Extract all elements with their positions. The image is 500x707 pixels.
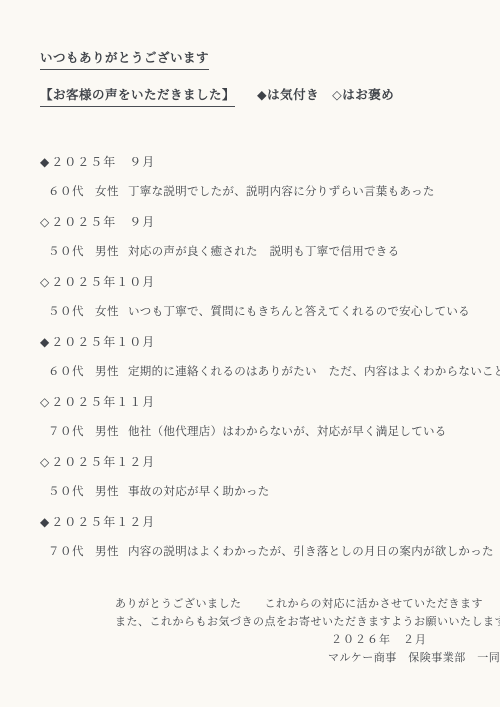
entry-age: ５０代 <box>48 486 84 498</box>
entry-comment: 内容の説明はよくわかったが、引き落としの月日の案内が欲しかった <box>128 544 494 560</box>
entry-comment-line: ６０代女性 丁寧な説明でしたが、説明内容に分りずらい言葉もあった <box>40 184 472 200</box>
entry-date-line: ◇２０２５年 ９月 <box>40 214 472 230</box>
entry-comment-line: ５０代男性 対応の声が良く癒された 説明も丁寧で信用できる <box>40 244 472 260</box>
diamond-marker-icon: ◆ <box>40 335 50 349</box>
page-title: 【お客様の声をいただきました】 <box>40 85 235 107</box>
entry-date: ２０２５年１０月 <box>51 275 155 289</box>
diamond-marker-icon: ◇ <box>40 215 50 229</box>
entry-date: ２０２５年１２月 <box>51 455 155 469</box>
signature: マルケー商事 保険事業部 一同 <box>328 649 472 667</box>
entry-comment-line: ５０代男性 事故の対応が早く助かった <box>40 484 472 500</box>
entry-age: ７０代 <box>48 426 84 438</box>
entry-gender: 男性 <box>95 366 119 378</box>
greeting-row: いつもありがとうございます <box>40 48 472 70</box>
closing-line-1: ありがとうございました これからの対応に活かさせていただきます <box>115 595 472 613</box>
closing-date: ２０２６年 ２月 <box>331 631 472 649</box>
entry-comment-line: ５０代女性 いつも丁寧で、質問にもきちんと答えてくれるので安心している <box>40 304 472 320</box>
feedback-entry: ◇２０２５年１０月 ５０代女性 いつも丁寧で、質問にもきちんと答えてくれるので安… <box>40 274 472 320</box>
closing-line-2: また、これからもお気づきの点をお寄せいただきますようお願いいたします <box>115 613 472 631</box>
entry-comment-line: ６０代男性 定期的に連絡くれるのはありがたい ただ、内容はよくわからないこともあ… <box>40 364 472 380</box>
entry-person: ６０代男性 <box>48 364 128 380</box>
feedback-entry: ◆２０２５年 ９月 ６０代女性 丁寧な説明でしたが、説明内容に分りずらい言葉もあ… <box>40 154 472 200</box>
title-row: 【お客様の声をいただきました】◆は気付き ◇はお褒め <box>40 85 472 107</box>
diamond-marker-icon: ◆ <box>40 515 50 529</box>
feedback-entry: ◇２０２５年１２月 ５０代男性 事故の対応が早く助かった <box>40 454 472 500</box>
entry-age: ７０代 <box>48 546 84 558</box>
entry-person: ７０代男性 <box>48 424 128 440</box>
feedback-entry: ◆２０２５年１２月 ７０代男性 内容の説明はよくわかったが、引き落としの月日の案… <box>40 514 472 560</box>
entry-date-line: ◆２０２５年 ９月 <box>40 154 472 170</box>
entry-comment: 他社（他代理店）はわからないが、対応が早く満足している <box>128 424 447 440</box>
entry-person: ５０代男性 <box>48 484 128 500</box>
entry-gender: 男性 <box>95 486 119 498</box>
entry-date: ２０２５年 ９月 <box>51 215 155 229</box>
entry-date-line: ◆２０２５年１０月 <box>40 334 472 350</box>
entry-gender: 男性 <box>95 246 119 258</box>
entry-date: ２０２５年１１月 <box>51 395 155 409</box>
entry-date-line: ◇２０２５年１２月 <box>40 454 472 470</box>
entry-age: ５０代 <box>48 246 84 258</box>
document-page: いつもありがとうございます 【お客様の声をいただきました】◆は気付き ◇はお褒め… <box>0 0 500 707</box>
entry-date-line: ◇２０２５年１０月 <box>40 274 472 290</box>
entry-comment: 定期的に連絡くれるのはありがたい ただ、内容はよくわからないこともある <box>128 364 500 380</box>
entry-gender: 男性 <box>95 426 119 438</box>
feedback-entry: ◇２０２５年１１月 ７０代男性 他社（他代理店）はわからないが、対応が早く満足し… <box>40 394 472 440</box>
entry-date-line: ◇２０２５年１１月 <box>40 394 472 410</box>
entry-person: ７０代男性 <box>48 544 128 560</box>
entry-person: ６０代女性 <box>48 184 128 200</box>
closing-block: ありがとうございました これからの対応に活かさせていただきます また、これからも… <box>115 595 472 667</box>
entry-comment: 対応の声が良く癒された 説明も丁寧で信用できる <box>128 244 399 260</box>
entry-comment-line: ７０代男性 内容の説明はよくわかったが、引き落としの月日の案内が欲しかった <box>40 544 472 560</box>
entry-date: ２０２５年１０月 <box>51 335 155 349</box>
diamond-marker-icon: ◇ <box>40 275 50 289</box>
entry-gender: 女性 <box>95 306 119 318</box>
legend-text: ◆は気付き ◇はお褒め <box>257 85 394 103</box>
entry-person: ５０代男性 <box>48 244 128 260</box>
diamond-marker-icon: ◇ <box>40 455 50 469</box>
entry-gender: 女性 <box>95 186 119 198</box>
entry-comment: いつも丁寧で、質問にもきちんと答えてくれるので安心している <box>128 304 470 320</box>
diamond-marker-icon: ◇ <box>40 395 50 409</box>
entry-date: ２０２５年 ９月 <box>51 155 155 169</box>
feedback-list: ◆２０２５年 ９月 ６０代女性 丁寧な説明でしたが、説明内容に分りずらい言葉もあ… <box>40 154 472 560</box>
feedback-entry: ◆２０２５年１０月 ６０代男性 定期的に連絡くれるのはありがたい ただ、内容はよ… <box>40 334 472 380</box>
entry-age: ６０代 <box>48 366 84 378</box>
entry-age: ５０代 <box>48 306 84 318</box>
feedback-entry: ◇２０２５年 ９月 ５０代男性 対応の声が良く癒された 説明も丁寧で信用できる <box>40 214 472 260</box>
entry-age: ６０代 <box>48 186 84 198</box>
entry-date-line: ◆２０２５年１２月 <box>40 514 472 530</box>
entry-comment: 丁寧な説明でしたが、説明内容に分りずらい言葉もあった <box>128 184 435 200</box>
entry-gender: 男性 <box>95 546 119 558</box>
entry-person: ５０代女性 <box>48 304 128 320</box>
entry-comment-line: ７０代男性 他社（他代理店）はわからないが、対応が早く満足している <box>40 424 472 440</box>
entry-date: ２０２５年１２月 <box>51 515 155 529</box>
diamond-marker-icon: ◆ <box>40 155 50 169</box>
entry-comment: 事故の対応が早く助かった <box>128 484 270 500</box>
greeting-text: いつもありがとうございます <box>40 48 209 70</box>
